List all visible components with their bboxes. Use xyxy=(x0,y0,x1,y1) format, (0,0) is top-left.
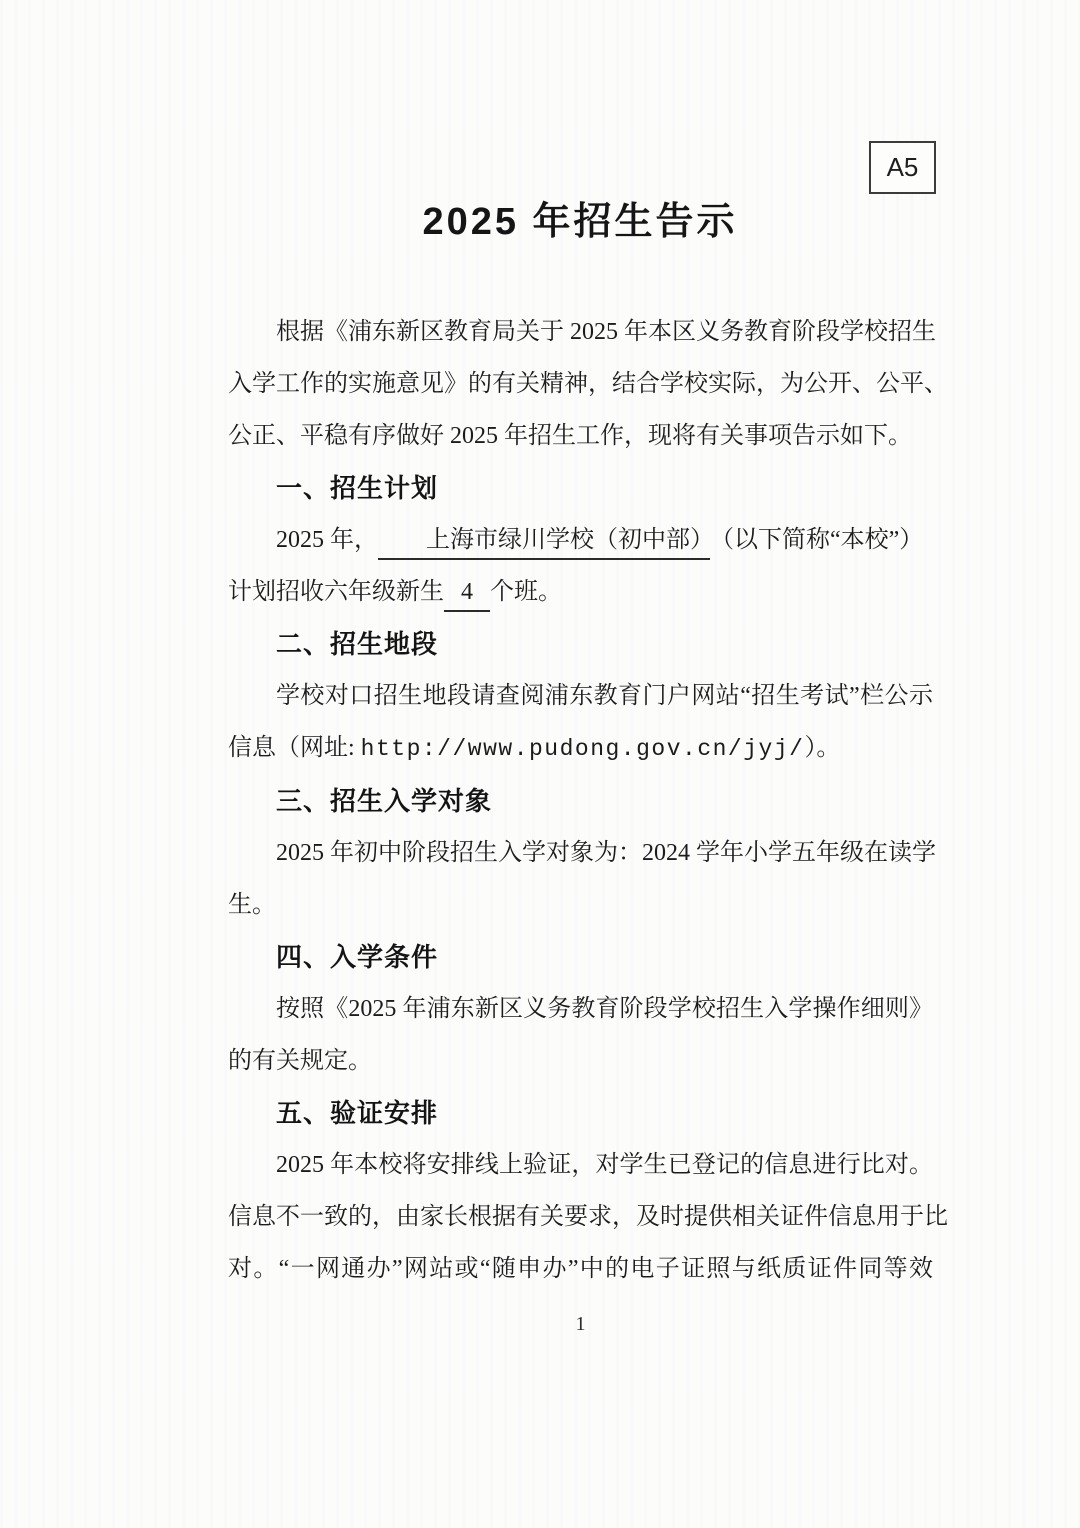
page-title: 2025 年招生告示 xyxy=(0,0,1080,246)
pudong-url: http://www.pudong.gov.cn/jyj/ xyxy=(361,736,805,762)
document-body: 根据《浦东新区教育局关于 2025 年本区义务教育阶段学校招生 入学工作的实施意… xyxy=(228,306,933,1336)
class-plan-prefix: 计划招收六年级新生 xyxy=(228,579,444,605)
class-count-blank: 4 xyxy=(444,577,490,612)
section-3-line-1: 2025 年初中阶段招生入学对象为：2024 学年小学五年级在读学 xyxy=(228,827,933,879)
intro-line-1: 根据《浦东新区教育局关于 2025 年本区义务教育阶段学校招生 xyxy=(228,306,933,358)
url-prefix: 信息（网址: xyxy=(228,735,361,761)
intro-line-3: 公正、平稳有序做好 2025 年招生工作，现将有关事项告示如下。 xyxy=(228,410,933,462)
enrollment-year-prefix: 2025 年， xyxy=(276,527,378,553)
page-number: 1 xyxy=(228,1313,933,1336)
section-2-line-2: 信息（网址: http://www.pudong.gov.cn/jyj/）。 xyxy=(228,722,933,775)
class-plan-suffix: 个班。 xyxy=(490,579,562,605)
url-suffix: ）。 xyxy=(804,735,840,761)
section-4-heading: 四、入学条件 xyxy=(228,931,933,983)
section-1-heading: 一、招生计划 xyxy=(228,462,933,514)
section-2-line-1: 学校对口招生地段请查阅浦东教育门户网站“招生考试”栏公示 xyxy=(228,670,933,722)
section-5-line-3: 对。“一网通办”网站或“随申办”中的电子证照与纸质证件同等效 xyxy=(228,1243,933,1295)
section-5-heading: 五、验证安排 xyxy=(228,1087,933,1139)
school-alias-suffix: （以下简称“本校”） xyxy=(710,527,923,553)
school-name-blank: 上海市绿川学校（初中部） xyxy=(378,525,710,560)
section-5-line-1: 2025 年本校将安排线上验证，对学生已登记的信息进行比对。 xyxy=(228,1139,933,1191)
section-3-line-2: 生。 xyxy=(228,879,933,931)
section-5-line-2: 信息不一致的，由家长根据有关要求，及时提供相关证件信息用于比 xyxy=(228,1191,933,1243)
document-page: A5 2025 年招生告示 根据《浦东新区教育局关于 2025 年本区义务教育阶… xyxy=(0,0,1080,1528)
section-4-line-1: 按照《2025 年浦东新区义务教育阶段学校招生入学操作细则》 xyxy=(228,983,933,1035)
paper-size-label: A5 xyxy=(887,152,919,183)
school-name: 上海市绿川学校（初中部） xyxy=(426,527,714,553)
intro-line-2: 入学工作的实施意见》的有关精神，结合学校实际，为公开、公平、 xyxy=(228,358,933,410)
section-1-line-1: 2025 年，上海市绿川学校（初中部）（以下简称“本校”） xyxy=(228,514,933,566)
section-4-line-2: 的有关规定。 xyxy=(228,1035,933,1087)
section-2-heading: 二、招生地段 xyxy=(228,618,933,670)
paper-size-box: A5 xyxy=(869,141,936,194)
section-1-line-2: 计划招收六年级新生4个班。 xyxy=(228,566,933,618)
section-3-heading: 三、招生入学对象 xyxy=(228,775,933,827)
